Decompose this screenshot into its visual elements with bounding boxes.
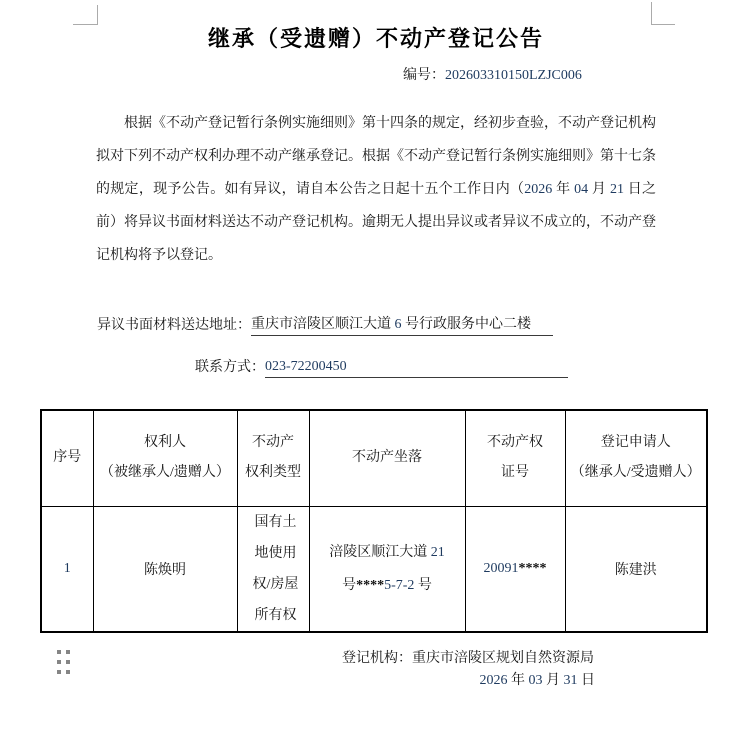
objection-address-label: 异议书面材料送达地址： <box>97 316 251 336</box>
location-text: 涪陵区顺江大道 <box>329 545 431 560</box>
date-year: 2026 <box>480 673 508 688</box>
cell-applicant: 陈建洪 <box>565 506 707 632</box>
masked-asterisks: **** <box>356 578 384 593</box>
cell-location: 涪陵区顺江大道 21 号****5-7-2 号 <box>309 506 465 632</box>
header-text: 不动产权 <box>466 428 565 458</box>
header-text: 登记申请人 <box>566 428 707 458</box>
seq-value: 1 <box>42 561 93 577</box>
right-type-line: 地使用 <box>238 538 309 569</box>
address-number: 6 <box>395 317 402 332</box>
objection-address-value: 重庆市涪陵区顺江大道 6 号行政服务中心二楼 <box>251 315 553 336</box>
right-type-line: 所有权 <box>238 600 309 631</box>
cert-no-digits: 20091 <box>484 561 519 576</box>
location-line-2: 号****5-7-2 号 <box>310 569 465 602</box>
header-text: 权利人 <box>94 428 237 458</box>
holder-name: 陈焕明 <box>94 559 237 579</box>
registration-agency-line: 登记机构：重庆市涪陵区规划自然资源局 <box>342 648 595 670</box>
date-text: 月 <box>543 673 564 688</box>
right-type-line: 权/房屋 <box>238 569 309 600</box>
body-line-2: 拟对下列不动产权利办理不动产继承登记。根据《不动产登记暂行条例实施细则》第十七条 <box>96 140 656 173</box>
contact-phone-value: 023-72200450 <box>265 357 568 378</box>
header-cell-holder: 权利人 （被继承人/遗赠人） <box>93 410 237 506</box>
deadline-day: 21 <box>610 182 624 197</box>
location-line-1: 涪陵区顺江大道 21 <box>310 536 465 569</box>
cell-seq: 1 <box>41 506 93 632</box>
cell-right-type: 国有土 地使用 权/房屋 所有权 <box>237 506 309 632</box>
header-cell-right-type: 不动产 权利类型 <box>237 410 309 506</box>
table-data-row: 1 陈焕明 国有土 地使用 权/房屋 所有权 涪陵区顺江大道 21 号****5… <box>41 506 707 632</box>
dot <box>57 670 61 674</box>
header-text: 权利类型 <box>238 458 309 488</box>
announcement-date: 2026 年 03 月 31 日 <box>342 670 595 692</box>
header-cell-seq: 序号 <box>41 410 93 506</box>
registration-table: 序号 权利人 （被继承人/遗赠人） 不动产 权利类型 不动产坐落 不动产权 证号 <box>40 409 708 633</box>
header-text: （被继承人/遗赠人） <box>94 458 237 488</box>
document-page: 继承（受遗赠）不动产登记公告 编号：202603310150LZJC006 根据… <box>0 0 753 729</box>
body-line-3-text: 年 <box>552 182 574 197</box>
header-cell-applicant: 登记申请人 （继承人/受遗赠人） <box>565 410 707 506</box>
deadline-month: 04 <box>574 182 588 197</box>
right-type-line: 国有土 <box>238 507 309 538</box>
body-line-1: 根据《不动产登记暂行条例实施细则》第十四条的规定，经初步查验，不动产登记机构 <box>96 107 656 140</box>
header-text: 序号 <box>42 443 93 473</box>
header-cell-cert-no: 不动产权 证号 <box>465 410 565 506</box>
body-line-3-text: 日之 <box>624 182 656 197</box>
location-text: 号 <box>414 578 432 593</box>
drag-handle-dots-icon[interactable] <box>57 650 70 674</box>
header-cell-location: 不动产坐落 <box>309 410 465 506</box>
location-unit-number: 5-7-2 <box>384 578 414 593</box>
phone-number: 023-72200450 <box>265 359 347 374</box>
cell-holder: 陈焕明 <box>93 506 237 632</box>
location-text: 号 <box>342 578 356 593</box>
body-line-3-text: 月 <box>588 182 610 197</box>
agency-label: 登记机构： <box>342 651 412 666</box>
dot <box>66 670 70 674</box>
dot <box>57 660 61 664</box>
announcement-body: 根据《不动产登记暂行条例实施细则》第十四条的规定，经初步查验，不动产登记机构 拟… <box>96 107 656 272</box>
table-header-row: 序号 权利人 （被继承人/遗赠人） 不动产 权利类型 不动产坐落 不动产权 证号 <box>41 410 707 506</box>
location-number: 21 <box>431 545 445 560</box>
page-title: 继承（受遗赠）不动产登记公告 <box>96 24 656 54</box>
text-boundary-mark-top-right-icon <box>651 2 675 25</box>
header-text: 不动产 <box>238 428 309 458</box>
body-line-3: 的规定，现予公告。如有异议，请自本公告之日起十五个工作日内（2026 年 04 … <box>96 173 656 206</box>
address-text: 号行政服务中心二楼 <box>402 317 532 332</box>
date-month: 03 <box>529 673 543 688</box>
date-day: 31 <box>564 673 578 688</box>
footer: 登记机构：重庆市涪陵区规划自然资源局 2026 年 03 月 31 日 <box>342 648 595 692</box>
dot <box>66 650 70 654</box>
date-text: 年 <box>508 673 529 688</box>
applicant-name: 陈建洪 <box>566 559 707 579</box>
header-text: 证号 <box>466 458 565 488</box>
body-line-5: 记机构将予以登记。 <box>96 239 656 272</box>
header-text: （继承人/受遗赠人） <box>566 458 707 488</box>
agency-name: 重庆市涪陵区规划自然资源局 <box>412 651 594 666</box>
contact-phone-label: 联系方式： <box>97 358 265 378</box>
objection-address-row: 异议书面材料送达地址：重庆市涪陵区顺江大道 6 号行政服务中心二楼 <box>97 315 553 336</box>
dot <box>66 660 70 664</box>
date-text: 日 <box>578 673 596 688</box>
header-text: 不动产坐落 <box>310 443 465 473</box>
body-line-3-text: 的规定，现予公告。如有异议，请自本公告之日起十五个工作日内（ <box>96 182 524 197</box>
cell-cert-no: 20091**** <box>465 506 565 632</box>
serial-number-line: 编号：202603310150LZJC006 <box>403 66 582 86</box>
dot <box>57 650 61 654</box>
contact-phone-row: 联系方式：023-72200450 <box>97 357 568 378</box>
masked-asterisks: **** <box>519 561 547 576</box>
address-text: 重庆市涪陵区顺江大道 <box>251 317 395 332</box>
body-line-4: 前）将异议书面材料送达不动产登记机构。逾期无人提出异议或者异议不成立的，不动产登 <box>96 206 656 239</box>
serial-value: 202603310150LZJC006 <box>445 68 582 83</box>
serial-label: 编号： <box>403 68 445 83</box>
deadline-year: 2026 <box>524 182 552 197</box>
cert-no-value: 20091**** <box>466 561 565 577</box>
text-boundary-mark-top-left-icon <box>73 5 98 25</box>
